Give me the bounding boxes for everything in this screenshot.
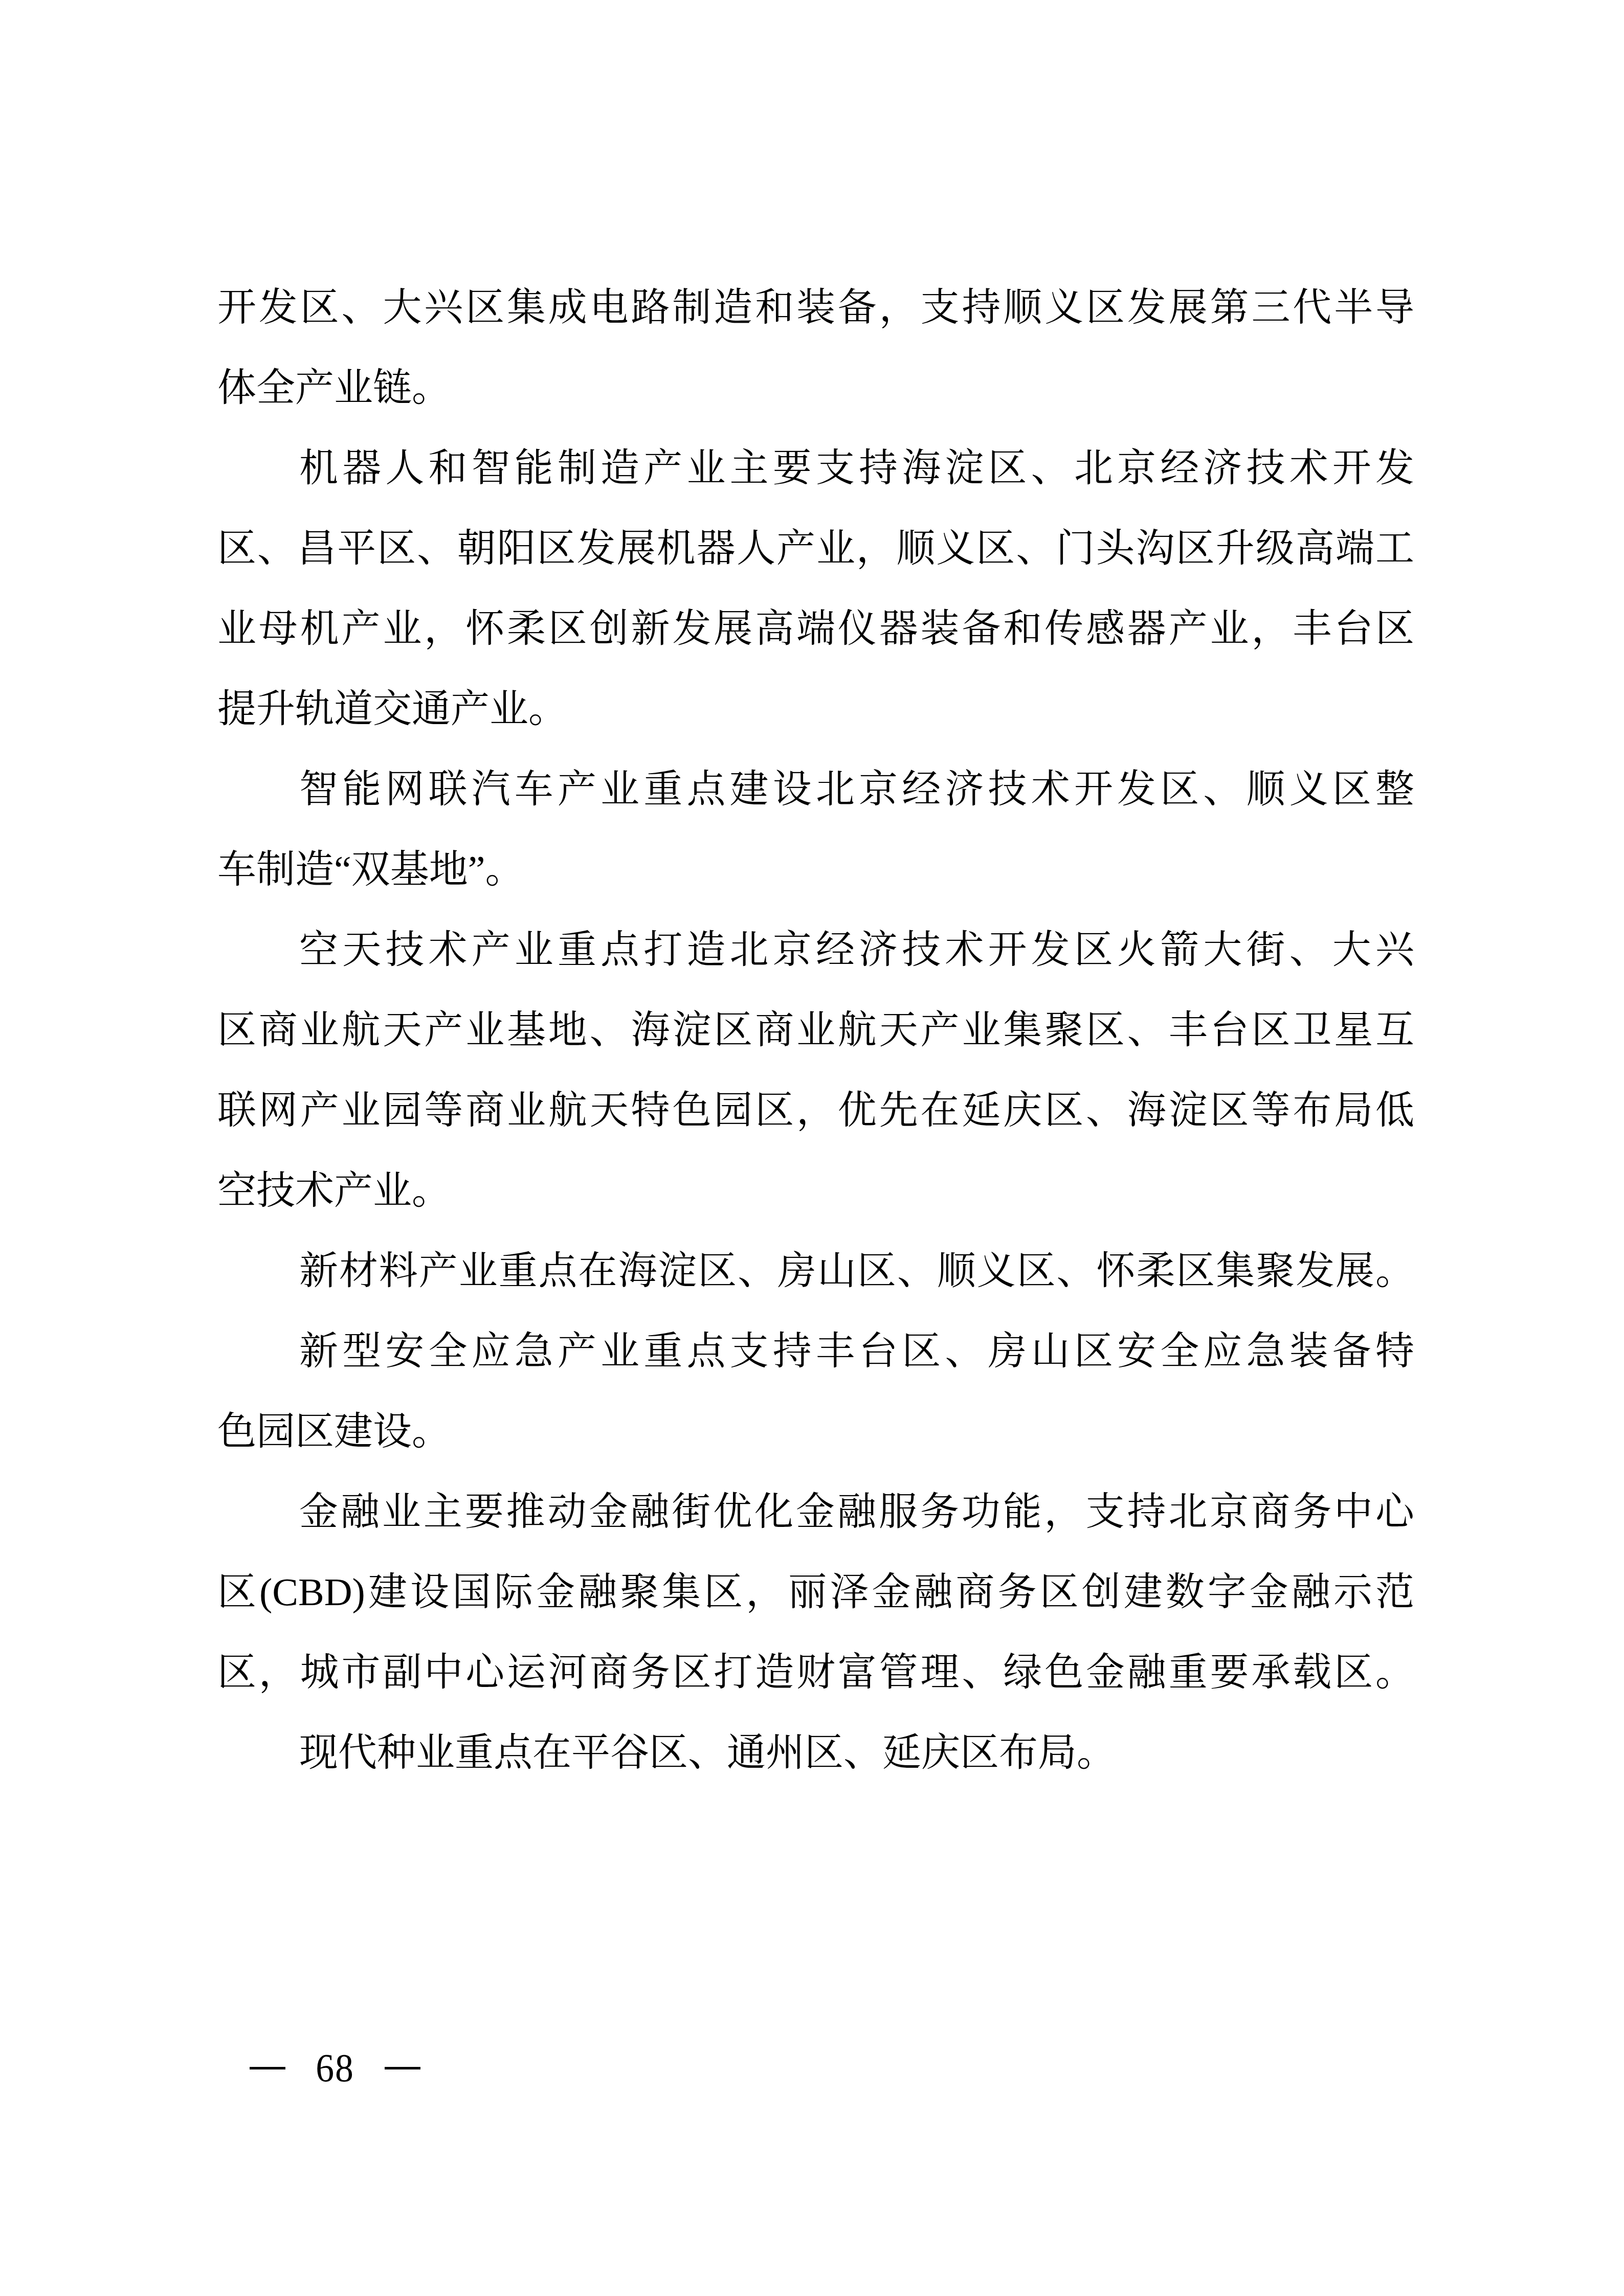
- text-line: 区、昌平区、朝阳区发展机器人产业，顺义区、门头沟区升级高端工: [217, 509, 1414, 589]
- text-line: 新材料产业重点在海淀区、房山区、顺义区、怀柔区集聚发展。: [217, 1231, 1414, 1312]
- text-line: 智能网联汽车产业重点建设北京经济技术开发区、顺义区整: [217, 750, 1414, 830]
- text-line: 区，城市副中心运河商务区打造财富管理、绿色金融重要承载区。: [217, 1633, 1414, 1713]
- footer-left-dash: [250, 2067, 285, 2069]
- text-line: 开发区、大兴区集成电路制造和装备，支持顺义区发展第三代半导: [217, 268, 1414, 348]
- page-number: 68: [316, 2048, 354, 2088]
- text-line: 体全产业链。: [217, 348, 1414, 429]
- text-line: 空天技术产业重点打造北京经济技术开发区火箭大街、大兴: [217, 910, 1414, 991]
- text-line: 业母机产业，怀柔区创新发展高端仪器装备和传感器产业，丰台区: [217, 589, 1414, 669]
- document-page: 开发区、大兴区集成电路制造和装备，支持顺义区发展第三代半导 体全产业链。 机器人…: [0, 0, 1624, 2296]
- text-line: 金融业主要推动金融街优化金融服务功能，支持北京商务中心: [217, 1472, 1414, 1552]
- text-line: 提升轨道交通产业。: [217, 669, 1414, 750]
- page-footer: 68: [250, 2046, 420, 2089]
- text-line: 机器人和智能制造产业主要支持海淀区、北京经济技术开发: [217, 429, 1414, 509]
- document-text-block: 开发区、大兴区集成电路制造和装备，支持顺义区发展第三代半导 体全产业链。 机器人…: [217, 268, 1414, 1793]
- text-line: 区商业航天产业基地、海淀区商业航天产业集聚区、丰台区卫星互: [217, 991, 1414, 1071]
- footer-right-dash: [385, 2067, 420, 2069]
- text-line: 联网产业园等商业航天特色园区，优先在延庆区、海淀区等布局低: [217, 1071, 1414, 1151]
- text-line: 区(CBD)建设国际金融聚集区，丽泽金融商务区创建数字金融示范: [217, 1552, 1414, 1633]
- text-line: 空技术产业。: [217, 1151, 1414, 1231]
- text-line: 色园区建设。: [217, 1392, 1414, 1472]
- text-line: 车制造“双基地”。: [217, 830, 1414, 910]
- text-line: 现代种业重点在平谷区、通州区、延庆区布局。: [217, 1713, 1414, 1793]
- text-line: 新型安全应急产业重点支持丰台区、房山区安全应急装备特: [217, 1312, 1414, 1392]
